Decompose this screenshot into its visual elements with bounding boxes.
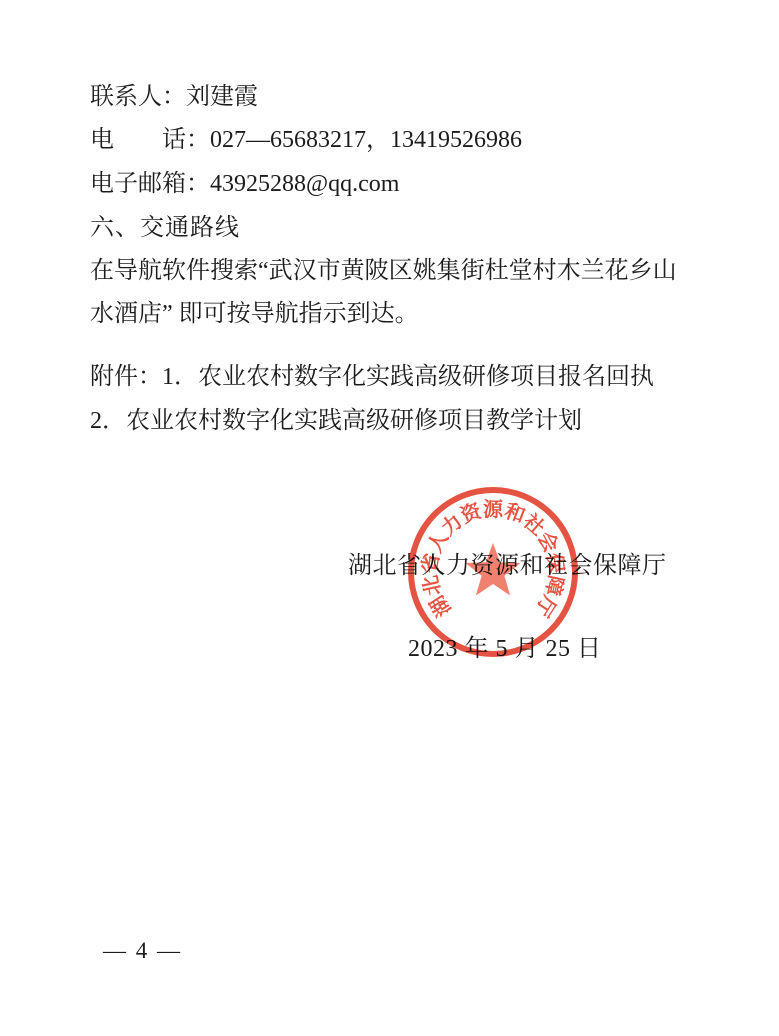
- attachment-2-number: 2．: [90, 408, 126, 434]
- document-body: 联系人：刘建霞 电 话：027—65683217，13419526986 电子邮…: [90, 76, 690, 443]
- contact-person-line: 联系人：刘建霞: [90, 76, 690, 119]
- contact-email-line: 电子邮箱：43925288@qq.com: [90, 163, 690, 206]
- document-page: 联系人：刘建霞 电 话：027—65683217，13419526986 电子邮…: [0, 0, 779, 1036]
- attachment-line-1: 附件：1．农业农村数字化实践高级研修项目报名回执: [90, 356, 690, 399]
- transport-text-line-2: 水酒店” 即可按导航指示到达。: [90, 293, 690, 336]
- contact-phone-line: 电 话：027—65683217，13419526986: [90, 119, 690, 162]
- page-number: — 4 —: [103, 938, 182, 964]
- attachments-label: 附件：: [90, 364, 162, 390]
- attachment-line-2: 2．农业农村数字化实践高级研修项目教学计划: [90, 400, 690, 443]
- signoff-date: 2023 年 5 月 25 日: [408, 628, 602, 663]
- signoff-department: 湖北省人力资源和社会保障厅: [348, 545, 667, 580]
- phone-value: 027—65683217，13419526986: [210, 127, 522, 153]
- attachment-1-title: 农业农村数字化实践高级研修项目报名回执: [198, 364, 654, 390]
- phone-label: 电 话：: [90, 127, 210, 153]
- attachment-2-title: 农业农村数字化实践高级研修项目教学计划: [126, 408, 582, 434]
- attachment-1-number: 1．: [162, 364, 198, 390]
- transport-text-line-1: 在导航软件搜索“武汉市黄陂区姚集街杜堂村木兰花乡山: [90, 250, 690, 293]
- section-heading-transport: 六、交通路线: [90, 206, 690, 249]
